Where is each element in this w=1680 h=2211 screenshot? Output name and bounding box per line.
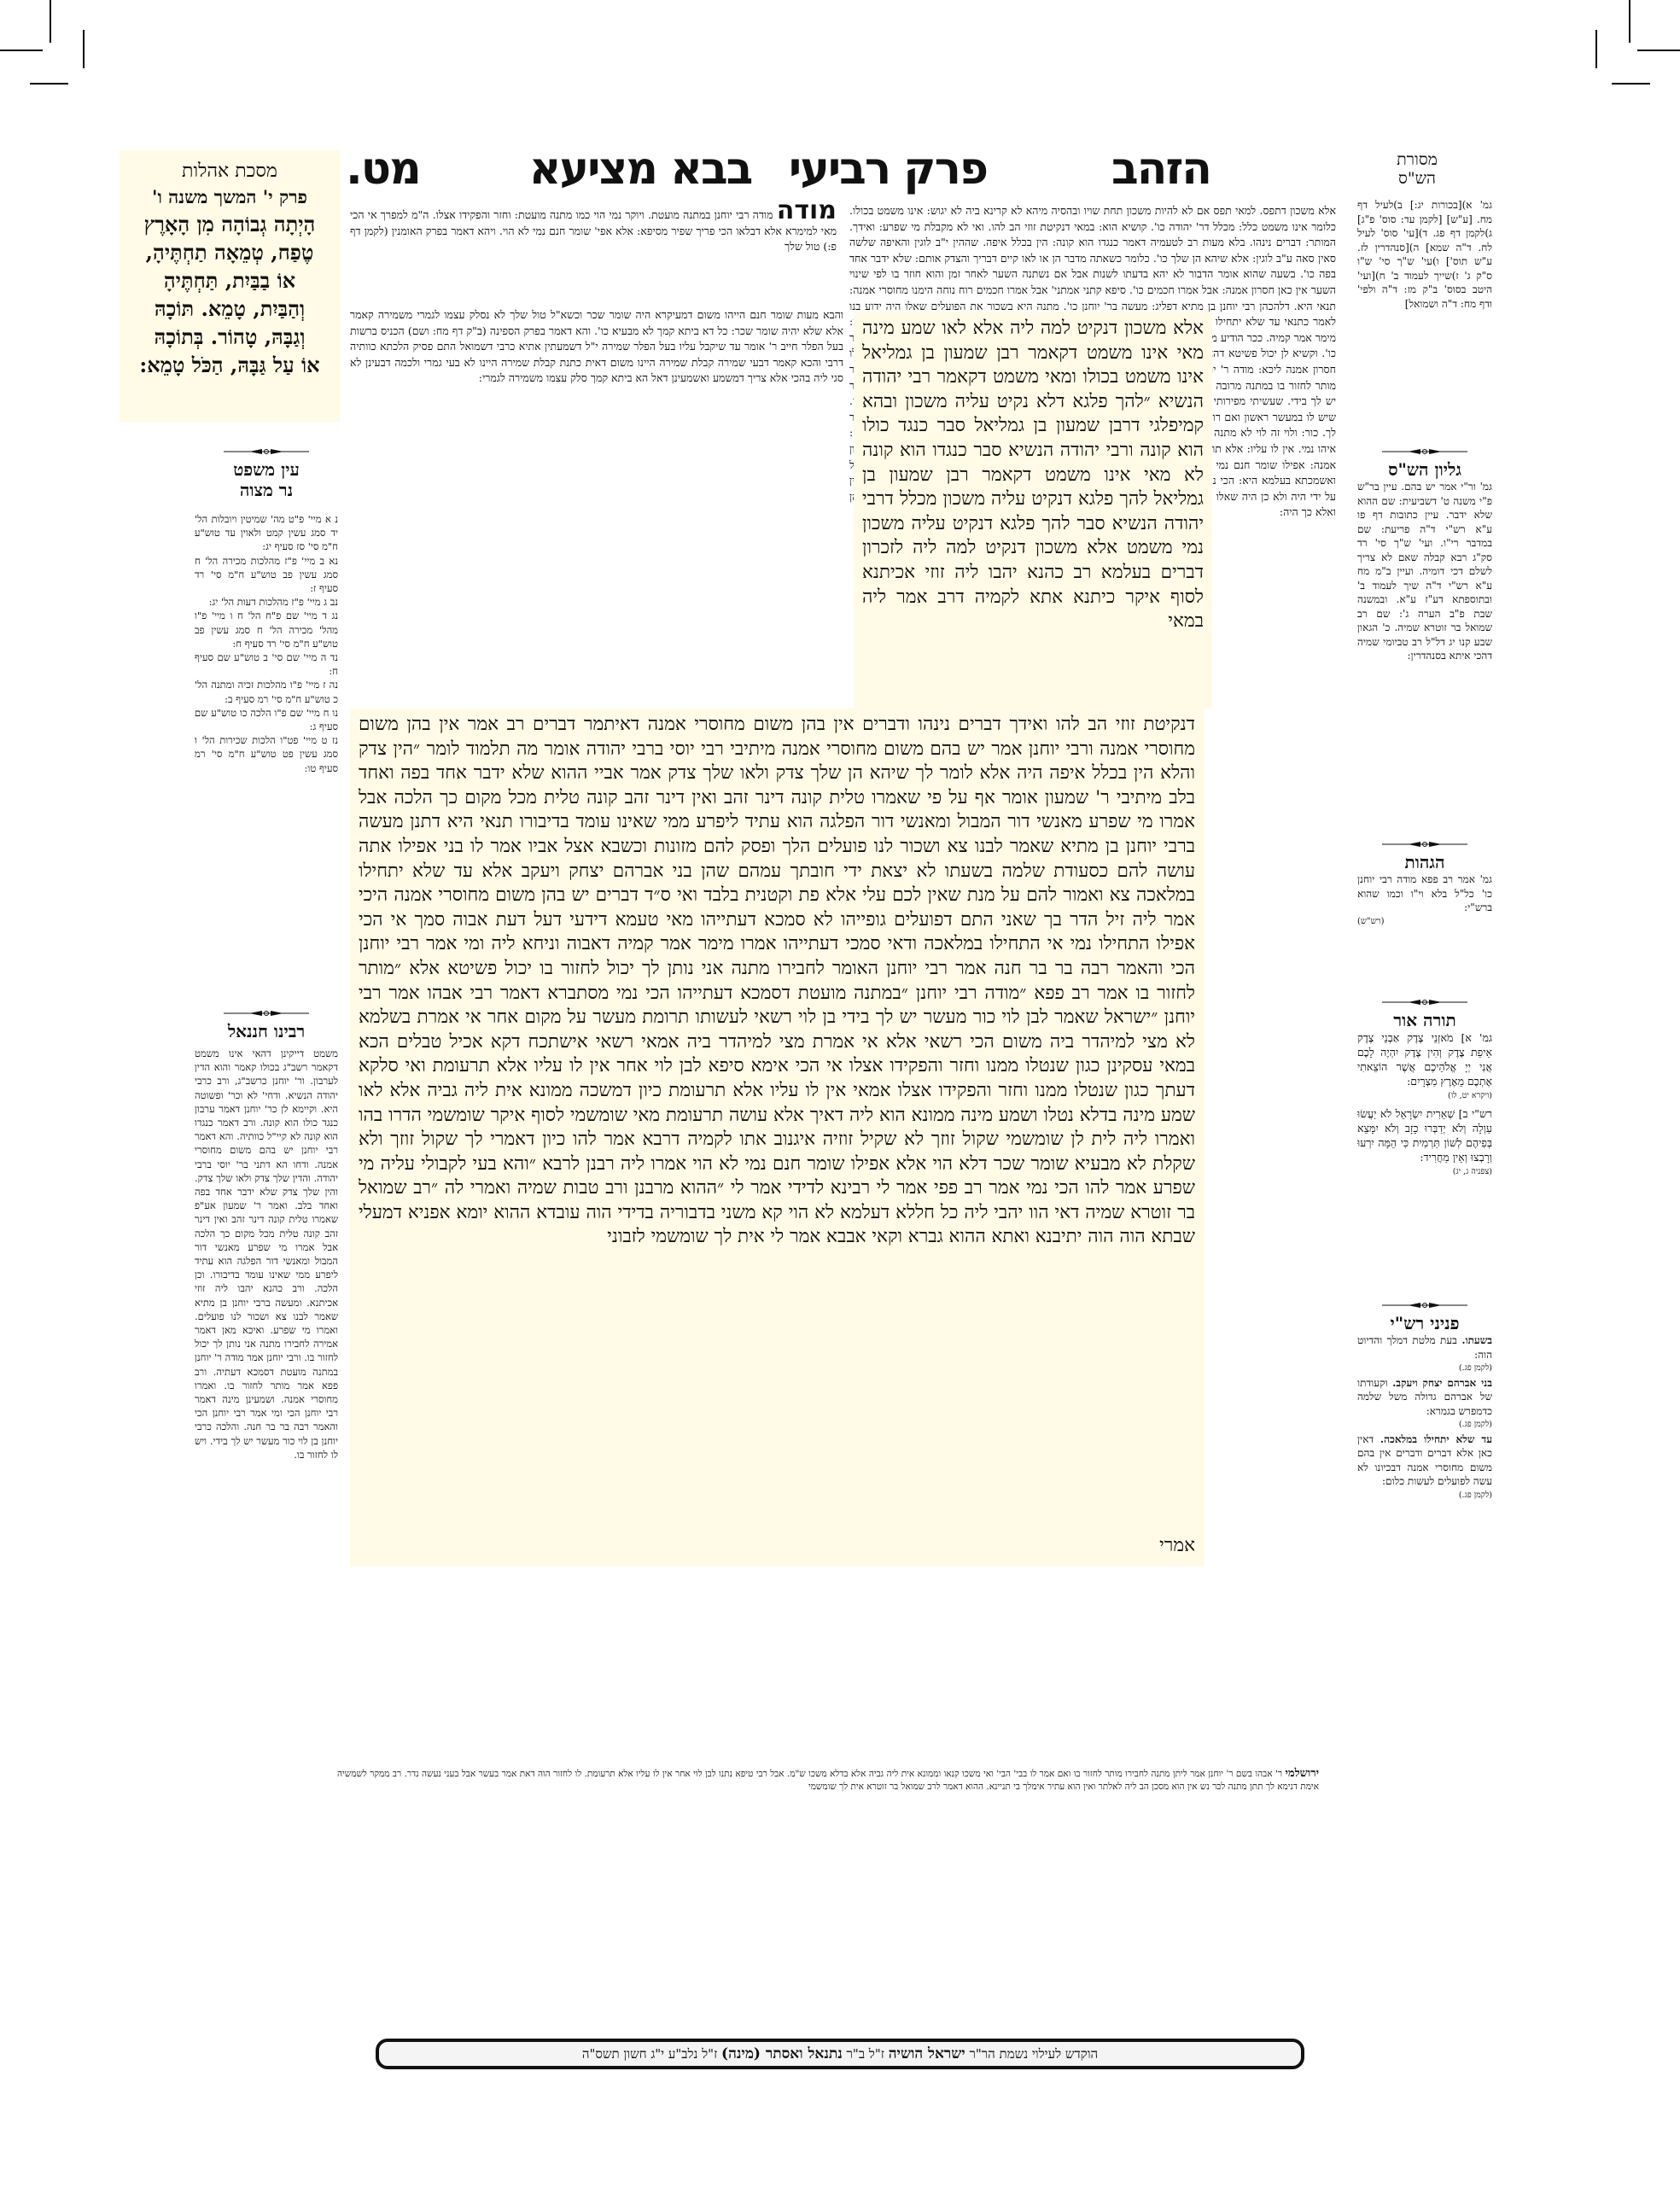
ein-mishpat-entry: נג ד מיי' שם פ"ח הל' ח ו מיי' פ"ו מהל' מ… <box>195 609 338 650</box>
dedication-prefix: הוקדש לעילוי נשמת הר"ר <box>970 2046 1099 2062</box>
ein-mishpat-entry: נד ה מיי' שם סי' ב טוש"ע שם סעיף ח: <box>195 650 338 678</box>
chapter-name: הזהב <box>1084 143 1238 195</box>
ein-mishpat-entry: נז ט מיי' פט"ו הלכות שכירות הל' ו סמג עש… <box>195 733 338 775</box>
yerushalmi-note: ירושלמי ר' אבהו בשם ר' יוחנן אמר ליתן מת… <box>337 1767 1319 1794</box>
ornament-divider-icon <box>1382 1301 1467 1310</box>
pninei-rashi-entry: עד שלא יתחילו במלאכה. דאין כאן אלא דברים… <box>1357 1432 1492 1503</box>
dedication-suffix: ז"ל נלב"ע י"ג חשון תשס"ה <box>582 2046 717 2062</box>
torah-or-title: תורה אור <box>1357 1010 1492 1030</box>
mishna-line: אוֹ עַל גַּבָּהּ, הַכֹּל טָמֵא: <box>120 351 340 379</box>
pninei-rashi-entry: בני אברהם יצחק ויעקב. וקעודתו של אברהם ג… <box>1357 1376 1492 1432</box>
gemara-block-top: אלא משכון דנקיט למה ליה אלא לאו שמע מינה… <box>862 317 1204 709</box>
entry-source: (לקמן פג.) <box>1357 1418 1492 1432</box>
crop-mark <box>0 50 43 51</box>
torah-or-verse: רש"י ב] שְׁאֵרִית יִשְׂרָאֵל לֹא יַעֲשׂו… <box>1357 1106 1492 1164</box>
mishna-tractate: מסכת אהלות <box>120 159 340 184</box>
mishna-chapter: פרק י' המשך משנה ו' <box>120 184 340 210</box>
masoret-hashas-title: מסורת הש"ס <box>1366 150 1468 188</box>
ein-mishpat-title: עין משפט <box>195 459 338 480</box>
pninei-rashi-entry: בשעתו. בעת מלטת דמלך והדיוט הוה: (לקמן פ… <box>1357 1333 1492 1376</box>
ornament-divider-icon <box>224 447 309 456</box>
mishna-line: טֶפַח, טְמֵאָה תַחְתֶּיהָ, <box>120 238 340 266</box>
entry-head: בני אברהם יצחק ויעקב. <box>1392 1377 1492 1389</box>
masoret-hashas-column: גמ' א)[בכורות יג:] ב)לעיל דף מח. [ע"ש] [… <box>1357 198 1492 311</box>
ein-mishpat-entry: נה ז מיי' פ"ו מהלכות זכיה ומתנה הל' כ טו… <box>195 678 338 705</box>
ornament-divider-icon <box>1382 998 1467 1006</box>
entry-source: (לקמן פג.) <box>1357 1362 1492 1376</box>
pninei-rashi-title: פניני רש"י <box>1357 1313 1492 1333</box>
ornament-divider-icon <box>1382 447 1467 456</box>
ein-mishpat-entry: נא ב מיי' פ"ז מהלכות מכירה הל' ח סמג עשי… <box>195 554 338 596</box>
masoret-label: מסורת <box>1366 150 1468 169</box>
ein-mishpat-column: עין משפט נר מצוה נ א מיי' פ"ט מה' שמיטין… <box>195 435 338 775</box>
crop-mark <box>50 0 51 43</box>
masoret-hashas-text: גמ' א)[בכורות יג:] ב)לעיל דף מח. [ע"ש] [… <box>1357 198 1492 311</box>
crop-mark <box>1595 30 1597 68</box>
gemara-closing-word: אמרי <box>1101 1534 1195 1559</box>
crop-mark <box>1637 50 1680 51</box>
mishna-line: הָיְתָה גְבוֹהָה מִן הָאָרֶץ <box>120 210 340 238</box>
crop-mark <box>83 30 85 68</box>
mishna-line: אוֹ בַבַּיִת, תַּחְתֶּיהָ <box>120 266 340 295</box>
tosafot-top: מודה מודה רבי יוחנן במתנה מועטת. ויוקר נ… <box>350 203 837 255</box>
entry-head: עד שלא יתחילו במלאכה. <box>1380 1433 1492 1445</box>
crop-mark <box>1629 0 1630 43</box>
torah-or-source: (צפניה ג, יג) <box>1357 1164 1492 1179</box>
ornament-divider-icon <box>224 1009 309 1018</box>
dedication-name: נתנאל ואסתר (מינה) <box>721 2045 843 2062</box>
folio-number: מט. <box>346 143 423 195</box>
rabbeinu-chananel-text: משמט דייקינן דהאי אינו משמט דקאמר רשב"ג … <box>195 1047 338 1461</box>
crop-mark <box>30 83 68 85</box>
entry-source: (לקמן פג.) <box>1357 1489 1492 1503</box>
pninei-rashi-column: פניני רש"י בשעתו. בעת מלטת דמלך והדיוט ה… <box>1357 1289 1492 1502</box>
ner-mitzvah-title: נר מצוה <box>195 480 338 500</box>
tosafot-dibur-hamatchil: מודה <box>777 195 837 225</box>
gilyon-hashas-title: גליון הש"ס <box>1357 459 1492 480</box>
hagahot-source: (רש"ש) <box>1357 915 1492 930</box>
mishna-box: מסכת אהלות פרק י' המשך משנה ו' הָיְתָה ג… <box>120 150 340 422</box>
ein-mishpat-entry: נו ח מיי' שם פ"ו הלכה כו טוש"ע שם סעיף ג… <box>195 706 338 733</box>
mishna-line: וְגַבָּהּ, טָהוֹר. בְּתוֹכָהּ <box>120 323 340 351</box>
rabbeinu-chananel-column: רבינו חננאל משמט דייקינן דהאי אינו משמט … <box>195 997 338 1461</box>
torah-or-column: תורה אור גמ' א] מֹאזְנֵי צֶדֶק אַבְנֵי צ… <box>1357 986 1492 1179</box>
chapter-number: פרק רביעי <box>777 143 999 195</box>
tractate-name: בבא מציעא <box>512 143 768 195</box>
ein-mishpat-entry: נב ג מיי' פ"ז מהלכות דעות הל' יג: <box>195 595 338 609</box>
tosafot-text: מודה רבי יוחנן במתנה מועטת. ויוקר נמי הו… <box>350 208 837 253</box>
gilyon-hashas-text: גמ' ור"י אמר יש בהם. עיין בר"ש פ"י משנה … <box>1357 480 1492 663</box>
ornament-divider-icon <box>1382 840 1467 849</box>
hagahot-title: הגהות <box>1357 852 1492 872</box>
dedication-banner: הוקדש לעילוי נשמת הר"ר ישראל הושיה ז"ל ב… <box>376 2039 1304 2069</box>
gilyon-hashas-column: גליון הש"ס גמ' ור"י אמר יש בהם. עיין בר"… <box>1357 435 1492 663</box>
yerushalmi-text: ר' אבהו בשם ר' יוחנן אמר ליתן מתנה לחביר… <box>337 1769 1319 1792</box>
torah-or-source: (ויקרא יט, לו) <box>1357 1088 1492 1103</box>
dedication-mid: ז"ל ב"ר <box>847 2046 884 2062</box>
hagahot-text: גמ' אמר רב פפא מודה רבי יוחנן כו' כל"ל ב… <box>1357 872 1492 915</box>
ein-mishpat-entry: נ א מיי' פ"ט מה' שמיטין ויובלות הל' יד ס… <box>195 512 338 554</box>
gemara-block-main: דנקיטת זוזי הב להו ואידך דברים נינהו ודב… <box>359 713 1195 1532</box>
mishna-line: וְהַבַּיִת, טָמֵא. תּוֹכָהּ <box>120 295 340 323</box>
gemara-main-text: אלא משכון דנקיט למה ליה אלא לאו שמע מינה… <box>350 312 1332 1566</box>
hagahot-column: הגהות גמ' אמר רב פפא מודה רבי יוחנן כו' … <box>1357 828 1492 929</box>
crop-mark <box>1612 83 1650 85</box>
masoret-label: הש"ס <box>1366 169 1468 188</box>
yerushalmi-label: ירושלמי <box>1285 1767 1319 1780</box>
entry-head: בשעתו. <box>1461 1334 1492 1346</box>
rabbeinu-chananel-title: רבינו חננאל <box>195 1021 338 1041</box>
dedication-name: ישראל הושיה <box>889 2045 965 2062</box>
torah-or-verse: גמ' א] מֹאזְנֵי צֶדֶק אַבְנֵי צֶדֶק אֵיפ… <box>1357 1030 1492 1088</box>
